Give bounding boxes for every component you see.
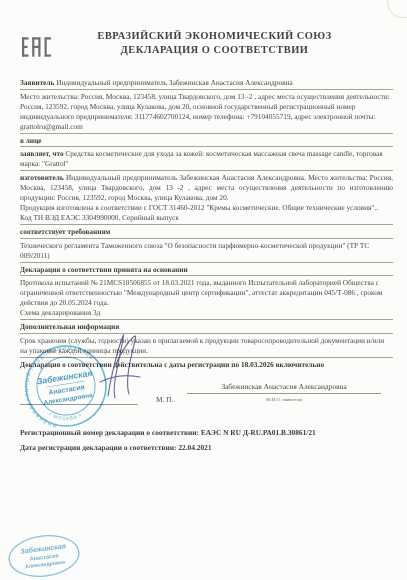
basis-label: Декларация о соответствии принята на осн…: [20, 265, 393, 277]
customs-code-line: Код ТН ВЭД ЕАЭС 3304990000. Серийный вып…: [20, 213, 393, 225]
conforms-label: соответствует требованиям: [20, 227, 393, 239]
signature-row: М. П. Забежинская Анастасия Александровн…: [20, 379, 393, 405]
manufacturer-line: изготовитель Индивидуальный предпринимат…: [20, 173, 393, 203]
corner-stamp: Забежинская Анастасия Александровна: [5, 533, 83, 579]
applicant-name: Индивидуальный предприниматель Забежинск…: [56, 78, 293, 87]
product-description: Средства косметические для ухода за коже…: [20, 149, 383, 168]
production-standard: Продукция изготовлена в соответствии с Г…: [20, 203, 393, 213]
document-title: ЕВРАЗИЙСКИЙ ЭКОНОМИЧЕСКИЙ СОЮЗ ДЕКЛАРАЦИ…: [0, 30, 407, 57]
declaration-scheme: Схема декларирования 3д: [20, 308, 393, 320]
registration-date: 22.04.2021: [178, 443, 211, 452]
manufacturer-label: изготовитель: [20, 173, 64, 182]
registration-number: ЕАЭС N RU Д-RU.РА01.В.30861/21: [201, 428, 316, 437]
corner-stamp-line1: Забежинская: [20, 542, 66, 556]
declares-line: заявляет, что Средства косметические для…: [20, 149, 393, 171]
document-body: Заявитель Индивидуальный предприниматель…: [0, 70, 407, 405]
registration-date-line: Дата регистрации декларации о соответств…: [20, 440, 393, 455]
applicant-label: Заявитель: [20, 78, 54, 87]
signatory-block: Забежинская Анастасия Александровна (Ф.И…: [187, 382, 381, 405]
eac-logo-icon: [22, 32, 53, 62]
test-protocol: Протокола испытаний № 21MCS10506855 от 1…: [20, 278, 393, 308]
additional-info-label: Дополнительная информация: [20, 322, 393, 334]
registration-footer: Регистрационный номер декларации о соотв…: [0, 405, 407, 455]
scan-artifact: [387, 0, 407, 18]
shelf-life-note: Срок хранения (службы, годности) указан …: [20, 336, 393, 358]
in-person-line: в лице: [20, 136, 393, 148]
applicant-line: Заявитель Индивидуальный предприниматель…: [20, 78, 393, 90]
declaration-document: ЕВРАЗИЙСКИЙ ЭКОНОМИЧЕСКИЙ СОЮЗ ДЕКЛАРАЦИ…: [0, 0, 407, 580]
declares-label: заявляет, что: [20, 149, 64, 158]
title-line-2: ДЕКЛАРАЦИЯ О СООТВЕТСТВИИ: [52, 44, 377, 58]
corner-stamp-line2: Анастасия: [29, 553, 59, 563]
applicant-details: Место жительства: Россия, Москва, 123458…: [20, 92, 393, 134]
signatory-name: Забежинская Анастасия Александровна: [187, 382, 381, 394]
title-line-1: ЕВРАЗИЙСКИЙ ЭКОНОМИЧЕСКИЙ СОЮЗ: [52, 30, 377, 44]
document-header: ЕВРАЗИЙСКИЙ ЭКОНОМИЧЕСКИЙ СОЮЗ ДЕКЛАРАЦИ…: [0, 30, 407, 70]
manufacturer-details: Индивидуальный предприниматель Забежинск…: [20, 173, 393, 202]
validity-line: Декларация о соответствии действительна …: [20, 360, 393, 370]
corner-stamp-line3: Александровна: [25, 559, 66, 570]
signatory-caption: (Ф.И.О. заявителя): [187, 395, 381, 405]
registration-number-line: Регистрационный номер декларации о соотв…: [20, 425, 393, 440]
technical-regulation: Технического регламента Таможенного союз…: [20, 241, 393, 263]
stamp-place-line: [20, 403, 138, 405]
mp-label: М. П.: [156, 395, 173, 405]
in-person-label: в лице: [20, 136, 42, 145]
